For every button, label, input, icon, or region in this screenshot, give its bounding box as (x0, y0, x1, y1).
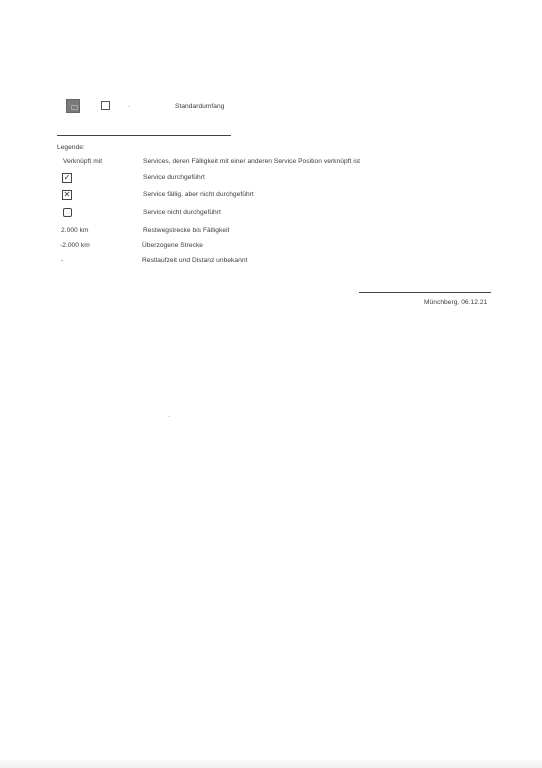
legend-symbol-remaining-km: 2.000 km (61, 228, 89, 235)
document-page: - Standardumfang Legende: Verknüpft mit … (0, 0, 542, 768)
place-date: Münchberg, 06.12.21 (424, 300, 487, 307)
legend-description: Überzogene Strecke (142, 243, 203, 250)
legend-description: Service durchgeführt (143, 175, 205, 182)
linked-service-icon (66, 99, 80, 113)
legend-description: Restlaufzeit und Distanz unbekannt (142, 258, 247, 265)
page-edge (0, 760, 542, 768)
empty-checkbox-icon (101, 101, 110, 110)
section-divider (57, 135, 231, 136)
signature-line (359, 292, 491, 293)
empty-box-icon (63, 208, 72, 217)
legend-symbol-linked: Verknüpft mit (63, 159, 102, 166)
legend-symbol-unknown: - (61, 258, 63, 265)
scan-speck (168, 416, 170, 417)
legend-description: Services, deren Fälligkeit mit einer and… (143, 159, 360, 166)
scope-label: Standardumfang (175, 104, 224, 111)
legend-description: Restwegstrecke bis Fälligkeit (143, 228, 229, 235)
checked-box-icon: ✓ (62, 173, 72, 183)
legend-description: Service fällig, aber nicht durchgeführt (143, 192, 254, 199)
legend-description: Service nicht durchgeführt (143, 210, 221, 217)
legend-symbol-overdue-km: -2.000 km (60, 243, 90, 250)
crossed-box-icon: ✕ (62, 190, 72, 200)
legend-title: Legende: (57, 145, 85, 152)
dash-marker: - (128, 104, 130, 110)
